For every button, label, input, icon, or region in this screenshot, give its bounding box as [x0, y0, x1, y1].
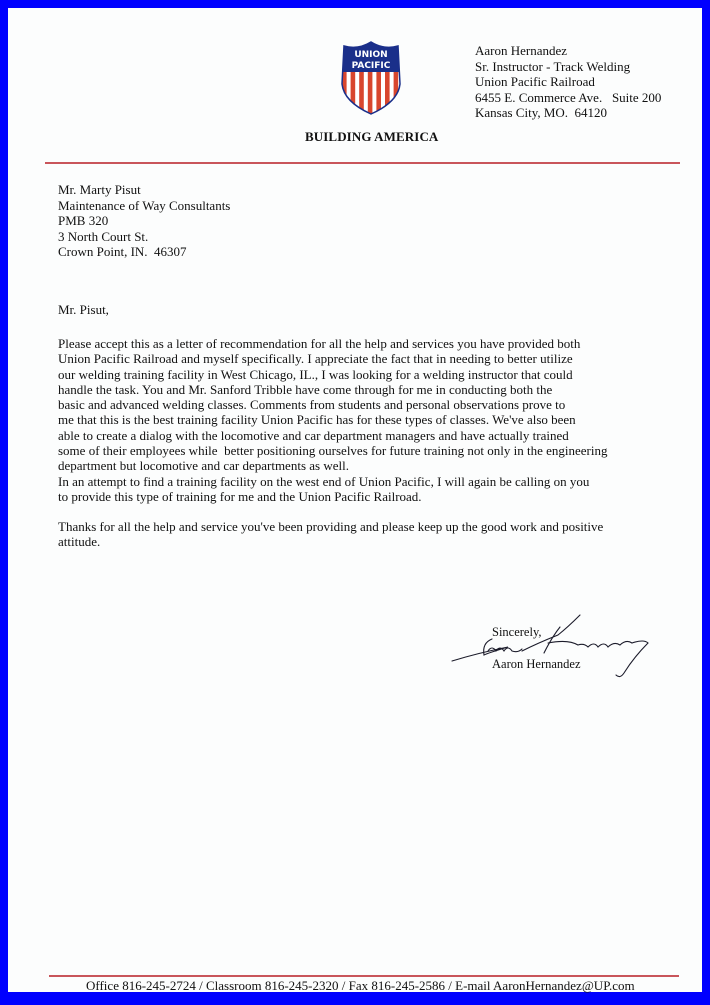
recipient-line: Crown Point, IN. 46307 — [58, 244, 230, 260]
body-line: basic and advanced welding classes. Comm… — [58, 397, 607, 412]
body-line: In an attempt to find a training facilit… — [58, 474, 607, 489]
footer-contact-line: Office 816-245-2724 / Classroom 816-245-… — [86, 978, 635, 994]
body-line: Union Pacific Railroad and myself specif… — [58, 351, 607, 366]
body-line: department but locomotive and car depart… — [58, 458, 607, 473]
header-divider — [45, 162, 680, 164]
body-line: able to create a dialog with the locomot… — [58, 428, 607, 443]
closing-paragraph: Thanks for all the help and service you'… — [58, 519, 603, 550]
signer-name: Aaron Hernandez — [492, 657, 581, 672]
recipient-address-block: Mr. Marty PisutMaintenance of Way Consul… — [58, 182, 230, 260]
sender-line: 6455 E. Commerce Ave. Suite 200 — [475, 90, 661, 106]
letter-body: Please accept this as a letter of recomm… — [58, 336, 607, 504]
union-pacific-shield-icon: UNION PACIFIC — [338, 40, 404, 116]
sender-line: Kansas City, MO. 64120 — [475, 105, 661, 121]
body-line: to provide this type of training for me … — [58, 489, 607, 504]
body-line: our welding training facility in West Ch… — [58, 367, 607, 382]
svg-text:UNION: UNION — [354, 50, 387, 60]
svg-text:PACIFIC: PACIFIC — [352, 61, 391, 71]
handwritten-signature-icon — [448, 613, 653, 683]
recipient-line: Mr. Marty Pisut — [58, 182, 230, 198]
body-line: me that this is the best training facili… — [58, 412, 607, 427]
letterhead-tagline: BUILDING AMERICA — [305, 129, 438, 145]
sender-line: Sr. Instructor - Track Welding — [475, 59, 661, 75]
closing-line: Thanks for all the help and service you'… — [58, 519, 603, 534]
recipient-line: 3 North Court St. — [58, 229, 230, 245]
recipient-line: PMB 320 — [58, 213, 230, 229]
sender-line: Union Pacific Railroad — [475, 74, 661, 90]
closing-line: attitude. — [58, 534, 603, 549]
footer-divider — [49, 975, 679, 977]
body-line: some of their employees while better pos… — [58, 443, 607, 458]
body-line: Please accept this as a letter of recomm… — [58, 336, 607, 351]
salutation: Mr. Pisut, — [58, 302, 109, 318]
sender-address-block: Aaron HernandezSr. Instructor - Track We… — [475, 43, 661, 121]
recipient-line: Maintenance of Way Consultants — [58, 198, 230, 214]
letter-page: UNION PACIFIC BUILDING AMERICA Aaron Her… — [8, 8, 702, 992]
body-line: handle the task. You and Mr. Sanford Tri… — [58, 382, 607, 397]
sender-line: Aaron Hernandez — [475, 43, 661, 59]
